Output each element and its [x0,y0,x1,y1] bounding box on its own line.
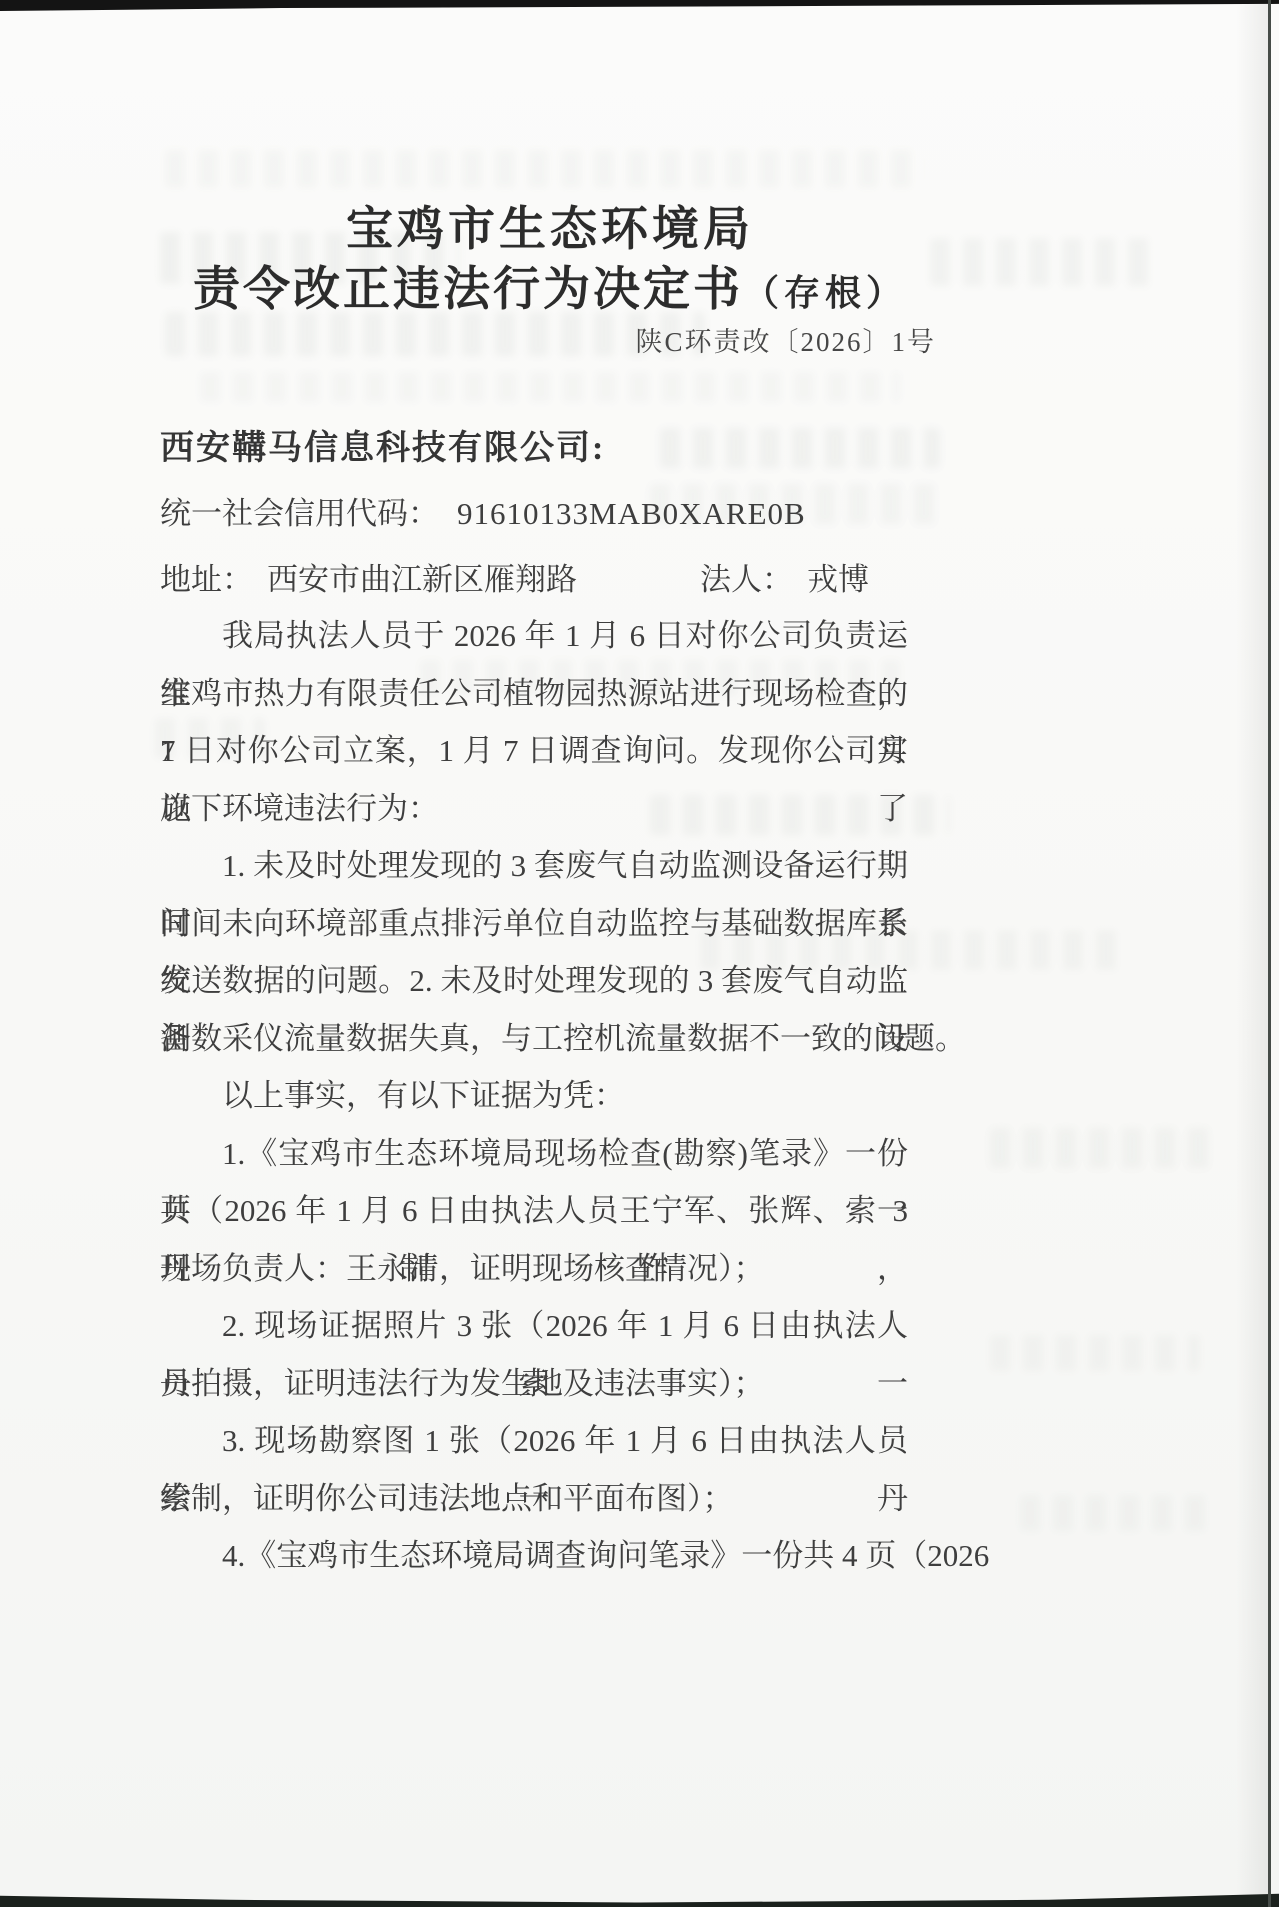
scan-edge-top [0,0,1279,13]
body-line: 1.《宝鸡市生态环境局现场检查(勘察)笔录》一份共 3 [160,1125,908,1183]
credit-code-line: 统一社会信用代码：91610133MAB0XARE0B [160,488,940,533]
document-authority-title: 宝鸡市生态环境局 [160,192,940,259]
bleedthrough-artifact [990,1335,1200,1371]
bleedthrough-artifact [930,238,1160,286]
body-line: 页（2026 年 1 月 6 日由执法人员王宁军、张辉、索一丹制作， [160,1182,908,1240]
body-line: 4.《宝鸡市生态环境局调查询问笔录》一份共 4 页（2026 [160,1527,908,1585]
scan-edge-right-shade [1236,0,1268,1907]
document-title: 责令改正违法行为决定书（存根） [160,252,940,319]
recipient-company-name: 西安鞲马信息科技有限公司: [160,420,940,469]
document-body: 我局执法人员于 2026 年 1 月 6 日对你公司负责运维的宝鸡市热力有限责任… [160,607,908,1585]
legal-rep-label: 法人： [700,562,793,597]
document-number: 陕C环责改〔2026〕1号 [160,320,936,359]
bleedthrough-artifact [1020,1495,1210,1531]
address-value: 西安市曲江新区雁翔路 [267,562,577,597]
bleedthrough-artifact [990,1128,1220,1168]
credit-code-value: 91610133MAB0XARE0B [457,496,806,531]
document-title-suffix: （存根） [743,273,907,313]
body-line: 我局执法人员于 2026 年 1 月 6 日对你公司负责运维的 [160,607,908,665]
scan-edge-bottom [0,1892,1279,1907]
body-line: 以上事实，有以下证据为凭： [160,1067,908,1125]
body-line: 发送数据的问题。2. 未及时处理发现的 3 套废气自动监测设 [160,952,908,1010]
scanned-document-page: 宝鸡市生态环境局 责令改正违法行为决定书（存根） 陕C环责改〔2026〕1号 西… [0,0,1279,1907]
legal-rep-group: 法人：戎博 [700,554,869,599]
bleedthrough-artifact [165,150,925,188]
bleedthrough-artifact [200,372,900,402]
legal-rep-value: 戎博 [807,562,869,597]
body-line: 2. 现场证据照片 3 张（2026 年 1 月 6 日由执法人员索一 [160,1297,908,1355]
body-line: 备数采仪流量数据失真，与工控机流量数据不一致的问题。 [160,1010,908,1068]
scan-edge-right-line [1268,0,1271,1907]
body-line: 时间未向环境部重点排污单位自动监控与基础数据库系统 [160,895,908,953]
body-line: 宝鸡市热力有限责任公司植物园热源站进行现场检查，1 月 [160,665,908,723]
document-title-main: 责令改正违法行为决定书 [193,264,743,316]
address-line: 地址：西安市曲江新区雁翔路 法人：戎博 [160,554,940,599]
credit-code-label: 统一社会信用代码： [160,496,439,531]
address-label: 地址： [160,562,253,597]
body-line: 1. 未及时处理发现的 3 套废气自动监测设备运行期间长 [160,837,908,895]
body-line: 3. 现场勘察图 1 张（2026 年 1 月 6 日由执法人员索一丹 [160,1412,908,1470]
body-line: 7 日对你公司立案，1 月 7 日调查询问。发现你公司实施了 [160,722,908,780]
